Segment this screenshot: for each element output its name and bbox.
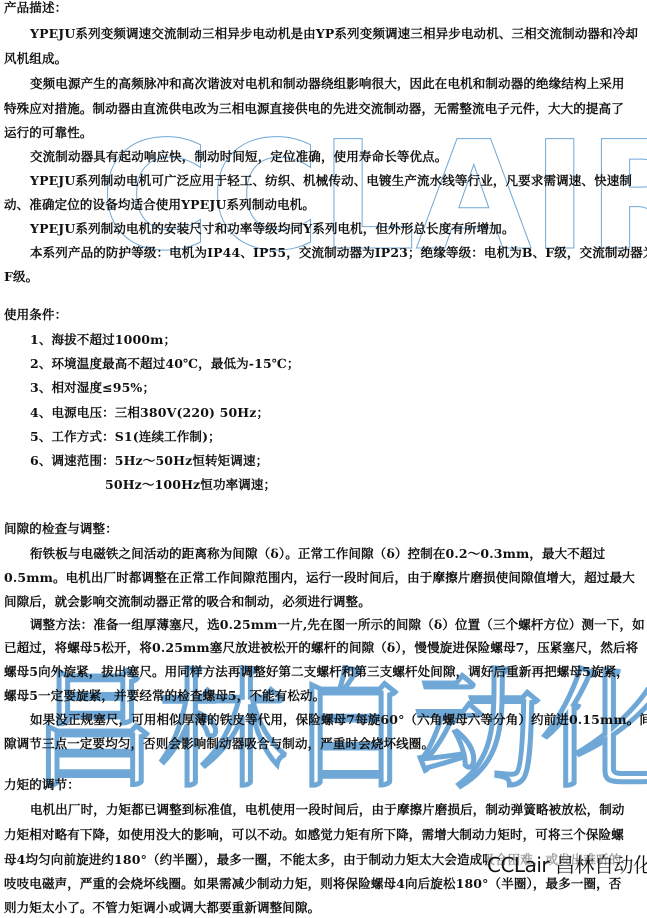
paragraph-line: 间隙后，就会影响交流制动器正常的吸合和制动，必须进行调整。	[4, 594, 371, 610]
paragraph-line: 本系列产品的防护等级：电机为IP44、IP55，交流制动器为IP23；绝缘等级：…	[30, 245, 647, 261]
paragraph-line: F级。	[4, 269, 38, 285]
paragraph-line: 运行的可靠性。	[4, 125, 93, 141]
paragraph-line: YPEJU系列变频调速交流制动三相异步电动机是由YP系列变频调速三相异步电动机、…	[30, 26, 638, 42]
paragraph-line: 吱吱电磁声，严重的会烧坏线圈。如果需减少制动力矩，则将保险螺母4向后旋松180°…	[4, 876, 621, 892]
paragraph-line: 交流制动器具有起动响应快，制动时间短，定位准确，使用寿命长等优点。	[30, 149, 447, 165]
condition-item-continuation: 50Hz～100Hz恒功率调速；	[105, 477, 276, 493]
section-heading-torque-adjustment: 力矩的调节：	[4, 777, 80, 793]
condition-item: 1、海拔不超过1000m；	[30, 332, 176, 348]
paragraph-line: 螺母5向外旋紧，拔出塞尺。用同样方法再调整好第二支螺杆和第三支螺杆处间隙，调好后…	[4, 664, 629, 680]
condition-item: 6、调速范围：5Hz～50Hz恒转矩调速；	[30, 453, 268, 469]
section-heading-gap-adjustment: 间隙的检查与调整：	[4, 521, 118, 537]
paragraph-line: 螺母5一定要旋紧，并要经常的检查螺母5，不能有松动。	[4, 688, 325, 704]
section-heading-product-description: 产品描述：	[4, 0, 67, 16]
paragraph-line: 调整方法：准备一组厚薄塞尺，选0.25mm一片,先在图一所示的间隙（δ）位置（三…	[30, 617, 645, 633]
paragraph-line: 变频电源产生的高频脉冲和高次谐波对电机和制动器绕组影响很大，因此在电机和制动器的…	[30, 76, 625, 92]
condition-item: 5、工作方式：S1(连续工作制)；	[30, 429, 221, 445]
brand-watermark: CCLair 昌林自动化	[487, 853, 647, 877]
paragraph-line: 特殊应对措施。制动器由直流供电改为三相电源直接供电的先进交流制动器，无需整流电子…	[4, 101, 624, 117]
paragraph-line: 衔铁板与电磁铁之间活动的距离称为间隙（δ）。正常工作间隙（δ）控制在0.2～0.…	[30, 546, 605, 562]
paragraph-line: 风机组成。	[4, 51, 67, 67]
paragraph-line: 0.5mm。电机出厂时都调整在正常工作间隙范围内，运行一段时间后，由于摩擦片磨损…	[4, 570, 635, 586]
section-heading-usage-conditions: 使用条件：	[4, 307, 67, 323]
paragraph-line: YPEJU系列制动电机可广泛应用于轻工、纺织、机械传动、电镀生产流水线等行业，凡…	[30, 173, 632, 189]
condition-item: 3、相对湿度≤95%；	[30, 380, 155, 396]
paragraph-line: 则力矩太小了。不管力矩调小或调大都要重新调整间隙。	[4, 900, 320, 916]
condition-item: 2、环境温度最高不超过40℃，最低为-15℃；	[30, 356, 300, 372]
paragraph-line: 电机出厂时，力矩都已调整到标准值，电机使用一段时间后，由于摩擦片磨损后，制动弹簧…	[30, 802, 625, 818]
paragraph-line: 已超过，将螺母5松开，将0.25mm塞尺放进被松开的螺杆的间隙（δ），慢慢旋进保…	[4, 640, 638, 656]
paragraph-line: 动、准确定位的设备均适合使用YPEJU系列制动电机。	[4, 197, 315, 213]
paragraph-line: 隙调节三点一定要均匀，否则会影响制动器吸合与制动，严重时会烧坏线圈。	[4, 736, 434, 752]
condition-item: 4、电源电压：三相380V(220) 50Hz；	[30, 405, 269, 421]
paragraph-line: 力矩相对略有下降，如使用没大的影响，可以不动。如感觉力矩有所下降，需增大制动力矩…	[4, 827, 624, 843]
paragraph-line: YPEJU系列制动电机的安装尺寸和功率等级均同Y系列电机，但外形总长度有所增加。	[30, 221, 515, 237]
paragraph-line: 如果没正规塞尺，可用相似厚薄的铁皮等代用，保险螺母7每旋60°（六角螺母六等分角…	[30, 712, 647, 728]
